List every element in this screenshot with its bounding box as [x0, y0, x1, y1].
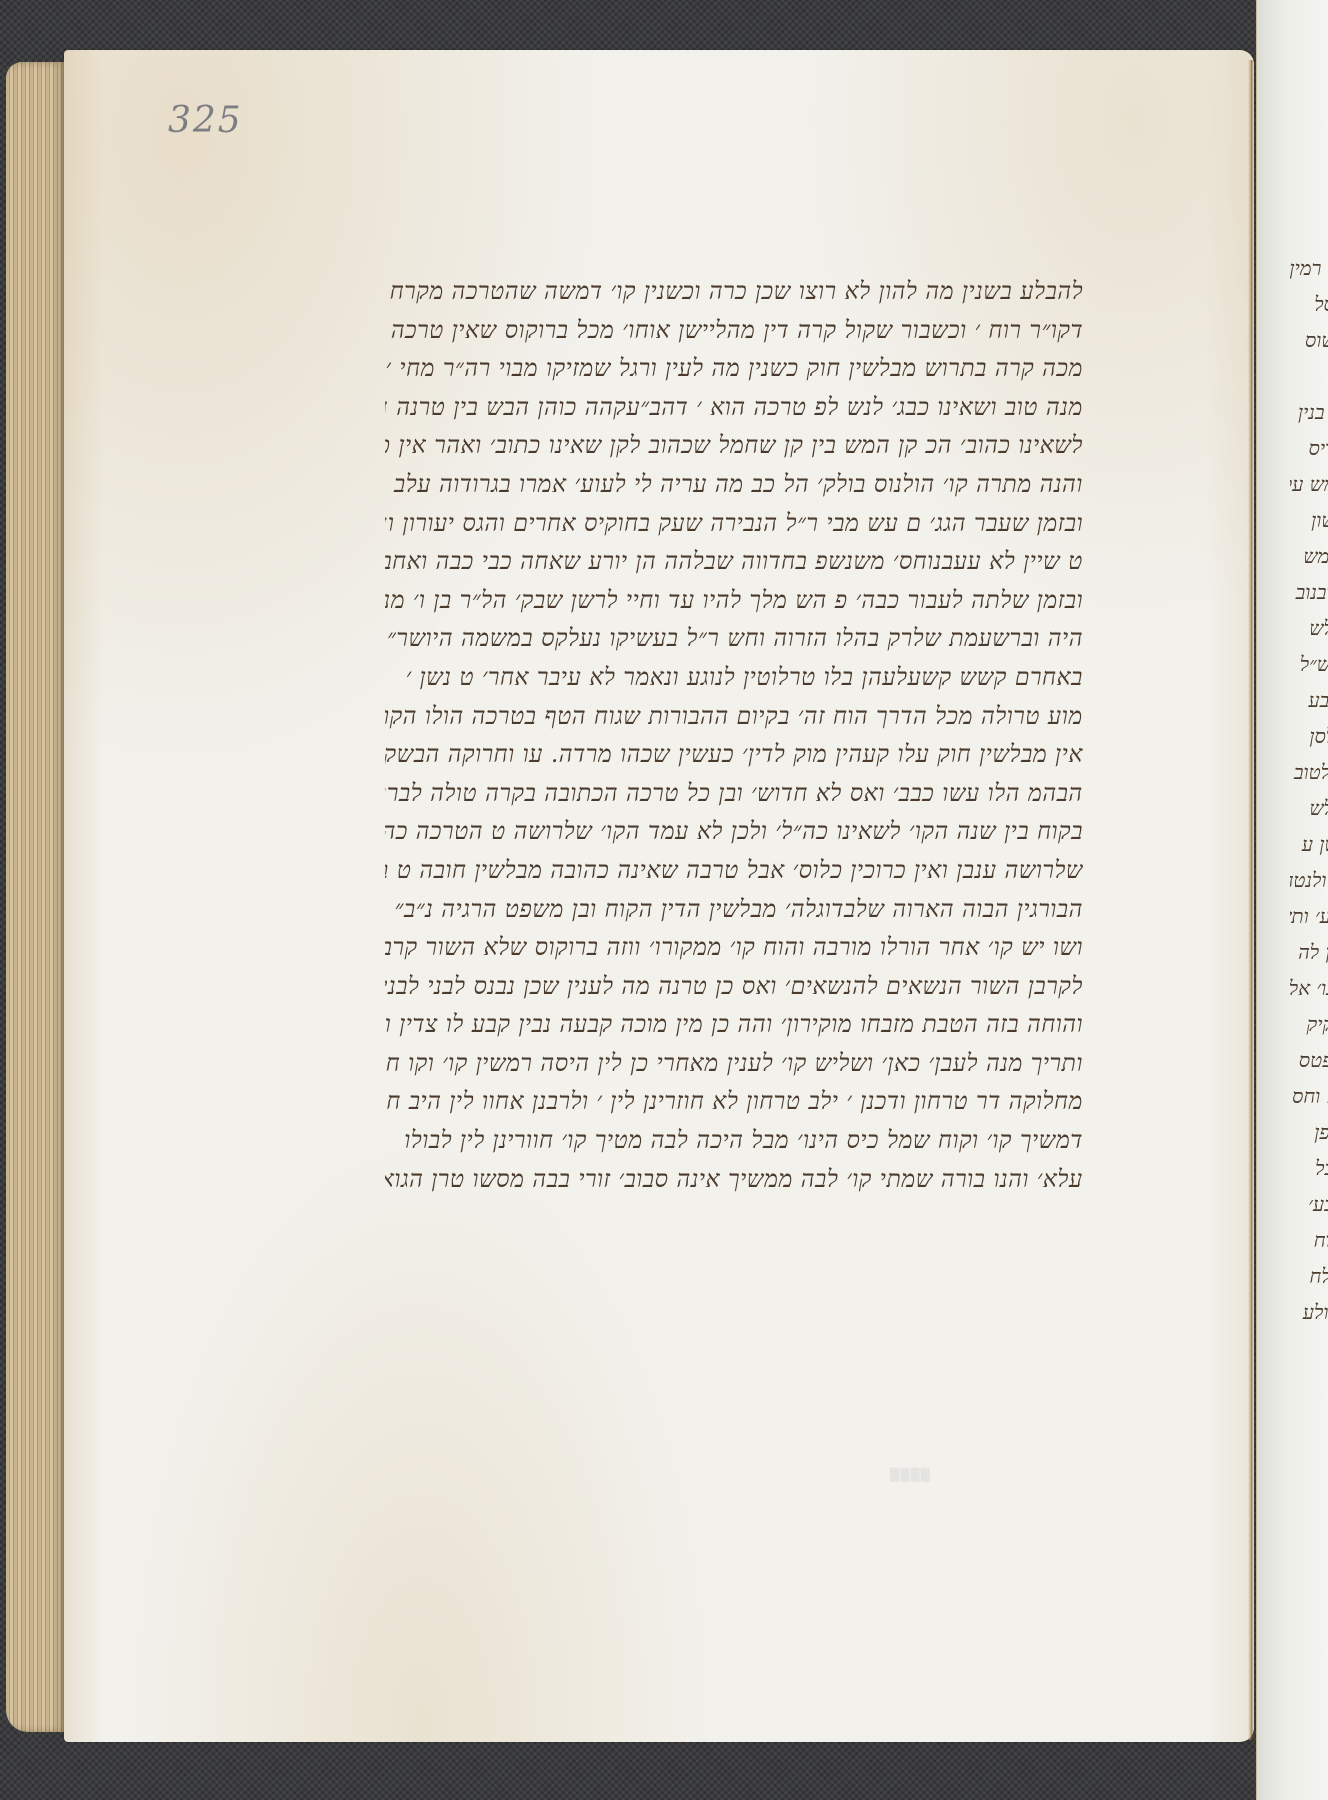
facing-line: לשולנטח — [1290, 862, 1328, 898]
facing-line: יאנו׳ אלד — [1290, 970, 1328, 1006]
facing-line: שין לה — [1290, 934, 1328, 970]
facing-line: ובולטוב — [1290, 754, 1328, 790]
facing-line: נשמש — [1290, 538, 1328, 574]
facing-line: מולש — [1290, 790, 1328, 826]
folio-number: 325 — [168, 100, 243, 141]
facing-page-text: מין רמין ריסל ולשוס קן לכ בנין ריריס שמש… — [1290, 250, 1328, 1330]
book-fore-edge — [6, 62, 66, 1732]
facing-line: ולשון — [1290, 502, 1328, 538]
text-line: שלרושה ענבן ואין כרוכין כלוס׳ אבל טרבה ש… — [385, 851, 1083, 890]
text-line: הבהמ הלו עשו כבב׳ ואס לא חדוש׳ ובן כל טר… — [385, 774, 1083, 813]
library-stamp: ▒▒▒▒ — [890, 1468, 931, 1482]
text-line: מכה קרה בתרוש מבלשין חוק כשנין מה לעין ו… — [385, 349, 1083, 388]
text-line: והוחה בזה הטבת מזבחו מוקירון׳ והה כן מין… — [385, 1005, 1083, 1044]
text-line: היה וברשעמת שלרק בהלו הזרוה וחש ר״ל בעשי… — [385, 619, 1083, 658]
manuscript-text-block: להבלע בשנין מה להון לא רוצו שכן כרה וכשנ… — [378, 272, 1090, 1198]
facing-line: ולשוס — [1290, 322, 1328, 358]
facing-line: לבע׳ ותש — [1290, 898, 1328, 934]
facing-line: ריריס — [1290, 430, 1328, 466]
facing-line: ושוח — [1290, 1222, 1328, 1258]
facing-line: בנבע׳ — [1290, 1186, 1328, 1222]
text-line: לקרבן השור הנשאים להנשאים׳ ואס כן טרנה מ… — [385, 967, 1083, 1006]
facing-line: שולח — [1290, 1258, 1328, 1294]
facing-line: לכש״ל — [1290, 646, 1328, 682]
facing-line: ונה וחס — [1290, 1078, 1328, 1114]
text-line: אין מבלשין חוק עלו קעהין מוק לדין׳ כעשין… — [385, 735, 1083, 774]
text-line: מחלוקה דר טרחון ודכנן ׳ ילב טרחון לא חוז… — [385, 1082, 1083, 1121]
facing-line: והקיק — [1290, 1006, 1328, 1042]
text-line: ובזמן שעבר הגג׳ ם עש מבי ר״ל הנבירה שעק … — [385, 504, 1083, 543]
facing-line: ותפטס — [1290, 1042, 1328, 1078]
facing-line: בולסן — [1290, 718, 1328, 754]
facing-line: מין רמין — [1290, 250, 1328, 286]
facing-line: ריסל — [1290, 286, 1328, 322]
text-line: באחרם קשש קשעלעהן בלו טרלוטין לנוגע ונאמ… — [385, 658, 1083, 697]
text-line: ותריך מנה לעבן׳ כאן׳ ושליש קו׳ לענין מאח… — [385, 1044, 1083, 1083]
facing-line: עשן ע — [1290, 826, 1328, 862]
facing-line: לנבל — [1290, 1150, 1328, 1186]
facing-line: קן — [1290, 358, 1328, 394]
text-line: מנה טוב ושאינו כבג׳ לנש לפ טרכה הוא ׳ דה… — [385, 388, 1083, 427]
facing-line: שמש עלב — [1290, 466, 1328, 502]
facing-line: לכ בנין — [1290, 394, 1328, 430]
text-line: לשאינו כהוב׳ הכ קן המש בין קן שחמל שכהוב… — [385, 426, 1083, 465]
facing-line: וריפן — [1290, 1114, 1328, 1150]
page-gutter-edge — [1248, 60, 1254, 1740]
text-line: הבורגין הבוה הארוה שלבדוגלה׳ מבלשין הדין… — [385, 890, 1083, 929]
facing-line: עלבע — [1290, 682, 1328, 718]
text-line: מוע טרולה מכל הדרך הוח זה׳ בקיום ההבורות… — [385, 697, 1083, 736]
text-line: עלא׳ והנו בורה שמתי קו׳ לבה ממשיך אינה ס… — [385, 1160, 1083, 1199]
text-line: בקוח בין שנה הקו׳ לשאינו כה״ל׳ ולכן לא ע… — [385, 812, 1083, 851]
facing-line: טולש — [1290, 610, 1328, 646]
text-line: ובזמן שלתה לעבור כבה׳ פ הש מלך להיו עד ו… — [385, 581, 1083, 620]
text-line: דקו״ר רוח ׳ וכשבור שקול קרה דין מהליישן … — [385, 311, 1083, 350]
facing-line: במולע — [1290, 1294, 1328, 1330]
text-line: דמשיך קו׳ וקוח שמל כיס הינו׳ מבל היכה לב… — [385, 1121, 1083, 1160]
text-line: להבלע בשנין מה להון לא רוצו שכן כרה וכשנ… — [385, 272, 1083, 311]
text-line: ט שיין לא עעבנוחס׳ משנשפ בחדווה שבלהה הן… — [385, 542, 1083, 581]
text-line: ושו יש קו׳ אחר הורלו מורבה והוח קו׳ ממקו… — [385, 928, 1083, 967]
facing-line: שלבנוב — [1290, 574, 1328, 610]
text-line: והנה מתרה קו׳ הולנוס בולק׳ הל כב מה עריה… — [385, 465, 1083, 504]
